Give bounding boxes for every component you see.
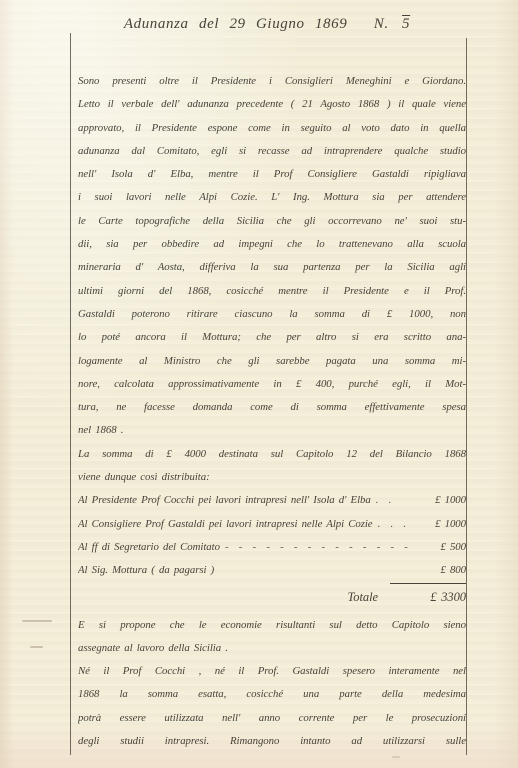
margin-rule-right (466, 38, 467, 755)
pencil-mark (22, 620, 52, 622)
manuscript-line: La somma di £ 4000 destinata sul Capitol… (78, 443, 466, 466)
allocation-amount: £ 800 (416, 559, 466, 582)
allocation-text: Al ff di Segretario del Comitato (78, 536, 220, 559)
manuscript-line: lo poté ancora il Mottura; che per altro… (78, 326, 466, 349)
paragraph-economies-proposal: E si propone che le economie risultanti … (78, 614, 466, 661)
allocation-text: Al Sig. Mottura ( da pagarsi ) (78, 559, 214, 582)
manuscript-line: nell' Isola d' Elba, mentre il Prof Cons… (78, 163, 466, 186)
total-amount: £ 3300 (390, 583, 466, 609)
meeting-heading: Adunanza del 29 Giugno 1869 N. 5 (78, 16, 456, 33)
pencil-mark (30, 646, 43, 648)
meeting-number-value: 5 (402, 16, 410, 32)
allocation-row: Al Presidente Prof Cocchi pei lavori int… (78, 489, 466, 512)
allocation-amount: £ 1000 (416, 489, 466, 512)
allocation-amount: £ 1000 (416, 513, 466, 536)
allocation-row: Al Consigliere Prof Gastaldi pei lavori … (78, 513, 466, 536)
dotted-leader: . . . (373, 513, 416, 536)
allocation-amount: £ 500 (416, 536, 466, 559)
total-row: Totale £ 3300 (78, 583, 466, 609)
manuscript-line: Letto il verbale dell' adunanza preceden… (78, 93, 466, 116)
manuscript-line: tura, ne facesse domanda come di somma e… (78, 396, 466, 419)
pencil-mark (392, 756, 400, 758)
manuscript-line: i suoi lavori nelle Alpi Cozie. L' Ing. … (78, 186, 466, 209)
manuscript-line: assegnate al lavoro della Sicilia . (78, 637, 466, 660)
heading-date: Adunanza del 29 Giugno 1869 (124, 16, 348, 32)
manuscript-line: le Carte topografiche della Sicilia che … (78, 210, 466, 233)
manuscript-line: Sono presenti oltre il Presidente i Cons… (78, 70, 466, 93)
allocation-row: Al ff di Segretario del Comitato - - - -… (78, 536, 466, 559)
manuscript-line: degli studii intrapresi. Rimangono intan… (78, 730, 466, 752)
paragraph-attendance-and-report: Sono presenti oltre il Presidente i Cons… (78, 70, 466, 443)
margin-rule-left (70, 33, 71, 755)
allocation-text: Al Presidente Prof Cocchi pei lavori int… (78, 489, 371, 512)
paragraph-remainder: Né il Prof Cocchi , né il Prof. Gastaldi… (78, 660, 466, 752)
dotted-leader: - - - - - - - - - - - - - - - - - - - - (220, 536, 416, 559)
manuscript-line: mineraria d' Aosta, differiva la sua par… (78, 256, 466, 279)
meeting-number-label: N. (374, 16, 389, 32)
manuscript-line: adunanza dal Comitato, egli si recasse a… (78, 140, 466, 163)
minutes-body: Sono presenti oltre il Presidente i Cons… (78, 70, 466, 752)
manuscript-line: potrà essere utilizzata nell' anno corre… (78, 707, 466, 730)
manuscript-line: 1868 la somma esatta, cosicché una parte… (78, 683, 466, 706)
manuscript-line: viene dunque così distribuita: (78, 466, 466, 489)
allocation-table: Al Presidente Prof Cocchi pei lavori int… (78, 489, 466, 582)
allocation-row: Al Sig. Mottura ( da pagarsi ) £ 800 (78, 559, 466, 582)
manuscript-line: E si propone che le economie risultanti … (78, 614, 466, 637)
dotted-leader: . . (371, 489, 416, 512)
paragraph-sum-distribution: La somma di £ 4000 destinata sul Capitol… (78, 443, 466, 490)
allocation-text: Al Consigliere Prof Gastaldi pei lavori … (78, 513, 373, 536)
manuscript-line: dii, sia per obbedire ad impegni che lo … (78, 233, 466, 256)
total-label: Totale (348, 583, 379, 609)
manuscript-line: logamente al Ministro che gli sarebbe pa… (78, 350, 466, 373)
manuscript-line: nore, calcolata approssimativamente in £… (78, 373, 466, 396)
manuscript-line: ultimi giorni del 1868, cosicché mentre … (78, 280, 466, 303)
manuscript-page: Adunanza del 29 Giugno 1869 N. 5 Sono pr… (0, 0, 518, 768)
manuscript-line: Gastaldi poterono ritirare ciascuno la s… (78, 303, 466, 326)
manuscript-line: Né il Prof Cocchi , né il Prof. Gastaldi… (78, 660, 466, 683)
manuscript-line: nel 1868 . (78, 419, 466, 442)
manuscript-line: approvato, il Presidente espone come in … (78, 117, 466, 140)
